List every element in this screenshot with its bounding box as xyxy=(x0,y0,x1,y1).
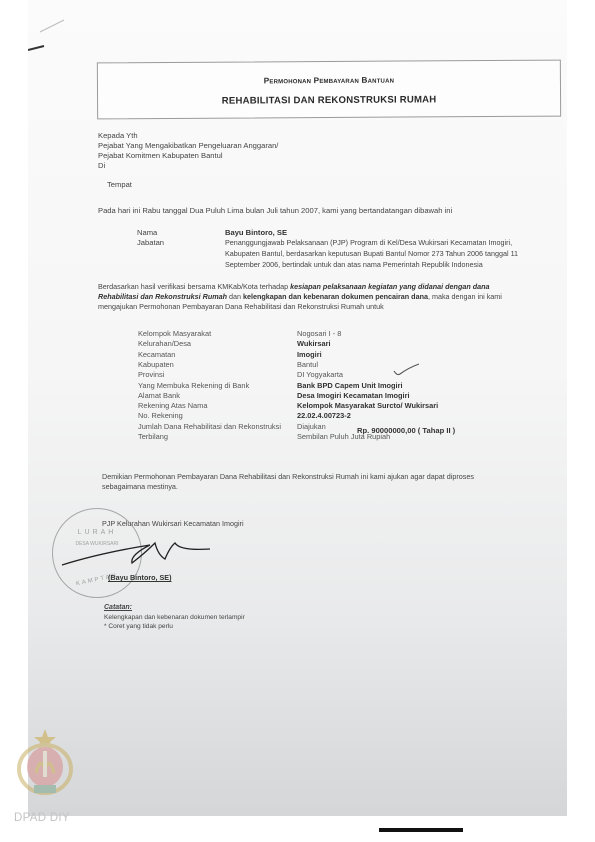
amount-value: Rp. 90000000,00 ( Tahap II ) xyxy=(357,426,455,435)
body-text: Berdasarkan hasil verifikasi bersama KMK… xyxy=(98,282,290,291)
detail-label: Jumlah Dana Rehabilitasi dan Rekonstruks… xyxy=(138,422,281,431)
closing-line2: sebagaimana mestinya. xyxy=(102,482,178,492)
detail-value: Imogiri xyxy=(297,350,322,359)
detail-label: Yang Membuka Rekening di Bank xyxy=(138,381,249,390)
body-emphasis: kesiapan pelaksanaan kegiatan yang didan… xyxy=(290,282,489,291)
note-item: * Coret yang tidak perlu xyxy=(104,622,173,632)
detail-value: Wukirsari xyxy=(297,339,331,348)
body-text: dan xyxy=(227,292,243,301)
detail-label: Terbilang xyxy=(138,432,168,441)
position-line3: September 2006, bertindak untuk dan atas… xyxy=(225,260,483,270)
position-line2: Kabupaten Bantul, berdasarkan keputusan … xyxy=(225,249,518,259)
position-label: Jabatan xyxy=(137,238,164,248)
detail-value: Nogosari I - 8 xyxy=(297,329,341,338)
watermark-text: DPAD DIY xyxy=(14,812,70,824)
addressee-line3: Di xyxy=(98,161,105,171)
detail-value: Bantul xyxy=(297,360,318,369)
body-emphasis: kelengkapan dan kebenaran dokumen pencai… xyxy=(243,292,428,301)
addressee-line2: Pejabat Komitmen Kabupaten Bantul xyxy=(98,151,223,161)
detail-label: Kabupaten xyxy=(138,360,174,369)
closing-line1: Demikian Permohonan Pembayaran Dana Reha… xyxy=(102,472,474,482)
notes-heading: Catatan: xyxy=(104,603,132,613)
body-text: , maka dengan ini kami xyxy=(428,292,502,301)
name-value: Bayu Bintoro, SE xyxy=(225,228,287,238)
body-emphasis: Rehabilitasi dan Rekonstruksi Rumah xyxy=(98,292,227,301)
position-line1: Penanggungjawab Pelaksanaan (PJP) Progra… xyxy=(225,238,512,248)
detail-label: Kelurahan/Desa xyxy=(138,339,191,348)
detail-label: Rekening Atas Nama xyxy=(138,401,207,410)
pen-mark xyxy=(28,10,68,55)
document-subtitle: Permohonan Pembayaran Bantuan xyxy=(98,75,560,87)
addressee-greeting: Kepada Yth xyxy=(98,131,138,141)
signature-scribble xyxy=(60,535,225,570)
name-label: Nama xyxy=(137,228,157,238)
body-line1: Berdasarkan hasil verifikasi bersama KMK… xyxy=(98,282,490,292)
document-title: REHABILITASI DAN REKONSTRUKSI RUMAH xyxy=(98,94,560,108)
emblem-logo xyxy=(14,727,76,799)
detail-value: 22.02.4.00723-2 xyxy=(297,411,351,420)
detail-value: DI Yogyakarta xyxy=(297,370,343,379)
detail-label: Kelompok Masyarakat xyxy=(138,329,211,338)
addressee-line4: Tempat xyxy=(107,180,132,190)
detail-label: Kecamatan xyxy=(138,350,175,359)
opening-sentence: Pada hari ini Rabu tanggal Dua Puluh Lim… xyxy=(98,206,452,216)
detail-label: No. Rekening xyxy=(138,411,183,420)
detail-label: Alamat Bank xyxy=(138,391,180,400)
body-line2: Rehabilitasi dan Rekonstruksi Rumah dan … xyxy=(98,292,502,302)
detail-value: Bank BPD Capem Unit Imogiri xyxy=(297,381,403,390)
signature-title: PJP Kelurahan Wukirsari Kecamatan Imogir… xyxy=(102,519,244,529)
title-box: Permohonan Pembayaran Bantuan REHABILITA… xyxy=(97,60,561,120)
signature-name: (Bayu Bintoro, SE) xyxy=(108,573,172,583)
body-line3: mengajukan Permohonan Pembayaran Dana Re… xyxy=(98,302,384,312)
addressee-line1: Pejabat Yang Mengakibatkan Pengeluaran A… xyxy=(98,141,278,151)
detail-label: Provinsi xyxy=(138,370,164,379)
checkmark-icon xyxy=(392,362,422,378)
page-marker-bar xyxy=(379,828,463,832)
detail-value: Desa Imogiri Kecamatan Imogiri xyxy=(297,391,410,400)
detail-value: Kelompok Masyarakat Surcto/ Wukirsari xyxy=(297,401,438,410)
detail-value: Diajukan xyxy=(297,422,326,431)
